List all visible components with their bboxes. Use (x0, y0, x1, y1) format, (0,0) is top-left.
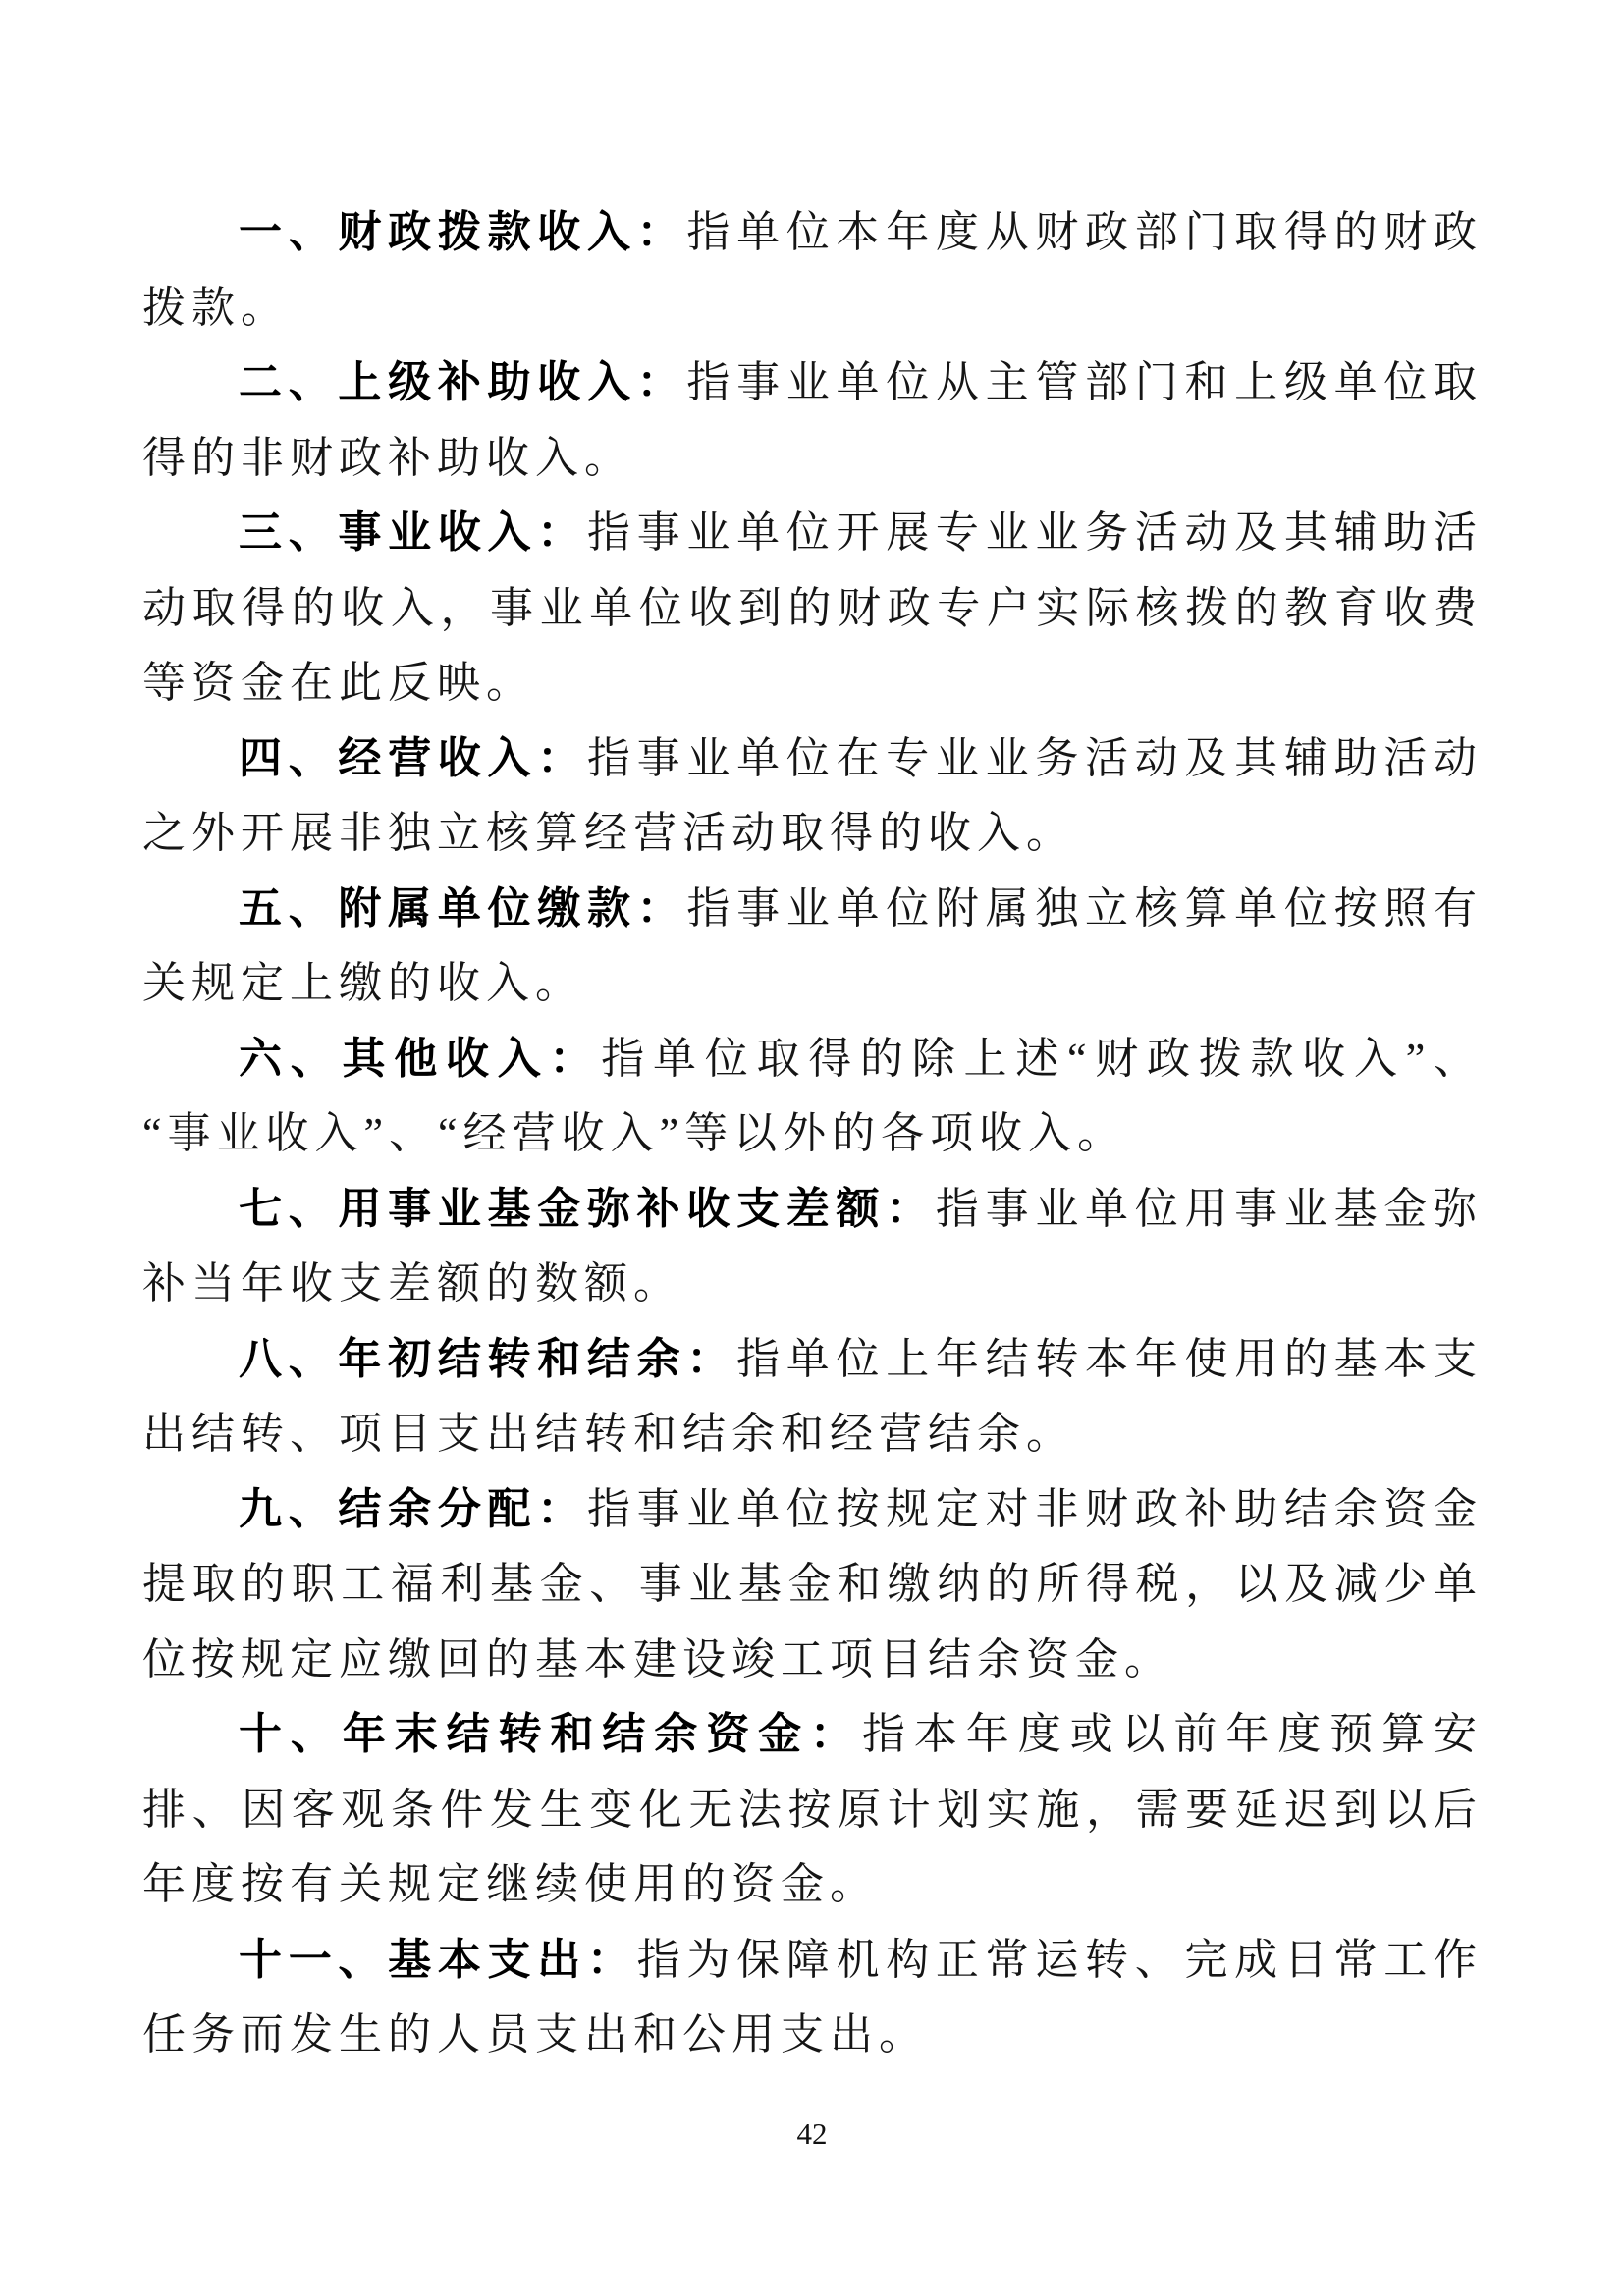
definitions-list: 一、财政拨款收入：指单位本年度从财政部门取得的财政拨款。 二、上级补助收入：指事… (142, 195, 1483, 2073)
definition-paragraph-3: 三、事业收入：指事业单位开展专业业务活动及其辅助活动取得的收入，事业单位收到的财… (142, 496, 1483, 721)
definition-paragraph-7: 七、用事业基金弥补收支差额：指事业单位用事业基金弥补当年收支差额的数额。 (142, 1172, 1483, 1322)
definition-paragraph-9: 九、结余分配：指事业单位按规定对非财政补助结余资金提取的职工福利基金、事业基金和… (142, 1472, 1483, 1698)
definition-paragraph-11: 十一、基本支出：指为保障机构正常运转、完成日常工作任务而发生的人员支出和公用支出… (142, 1923, 1483, 2073)
page-number: 42 (797, 2116, 828, 2151)
term-label: 五、附属单位缴款： (239, 884, 686, 933)
definition-paragraph-5: 五、附属单位缴款：指事业单位附属独立核算单位按照有关规定上缴的收入。 (142, 872, 1483, 1022)
term-label: 三、事业收入： (239, 508, 587, 557)
page-footer: 42 (0, 2116, 1624, 2152)
term-label: 四、经营收入： (239, 734, 587, 782)
term-label: 六、其他收入： (239, 1035, 601, 1083)
definition-paragraph-4: 四、经营收入：指事业单位在专业业务活动及其辅助活动之外开展非独立核算经营活动取得… (142, 721, 1483, 872)
document-page: 一、财政拨款收入：指单位本年度从财政部门取得的财政拨款。 二、上级补助收入：指事… (0, 0, 1624, 2296)
definition-paragraph-6: 六、其他收入：指单位取得的除上述“财政拨款收入”、“事业收入”、“经营收入”等以… (142, 1022, 1483, 1172)
definition-paragraph-10: 十、年末结转和结余资金：指本年度或以前年度预算安排、因客观条件发生变化无法按原计… (142, 1697, 1483, 1923)
term-label: 九、结余分配： (239, 1485, 587, 1533)
term-label: 二、上级补助收入： (239, 358, 686, 406)
definition-paragraph-1: 一、财政拨款收入：指单位本年度从财政部门取得的财政拨款。 (142, 195, 1483, 346)
term-label: 十一、基本支出： (239, 1936, 637, 1984)
definition-paragraph-8: 八、年初结转和结余：指单位上年结转本年使用的基本支出结转、项目支出结转和结余和经… (142, 1322, 1483, 1472)
term-label: 十、年末结转和结余资金： (239, 1710, 862, 1758)
definition-paragraph-2: 二、上级补助收入：指事业单位从主管部门和上级单位取得的非财政补助收入。 (142, 346, 1483, 496)
term-label: 一、财政拨款收入： (239, 208, 686, 256)
term-label: 七、用事业基金弥补收支差额： (239, 1185, 936, 1233)
term-label: 八、年初结转和结余： (239, 1335, 736, 1383)
